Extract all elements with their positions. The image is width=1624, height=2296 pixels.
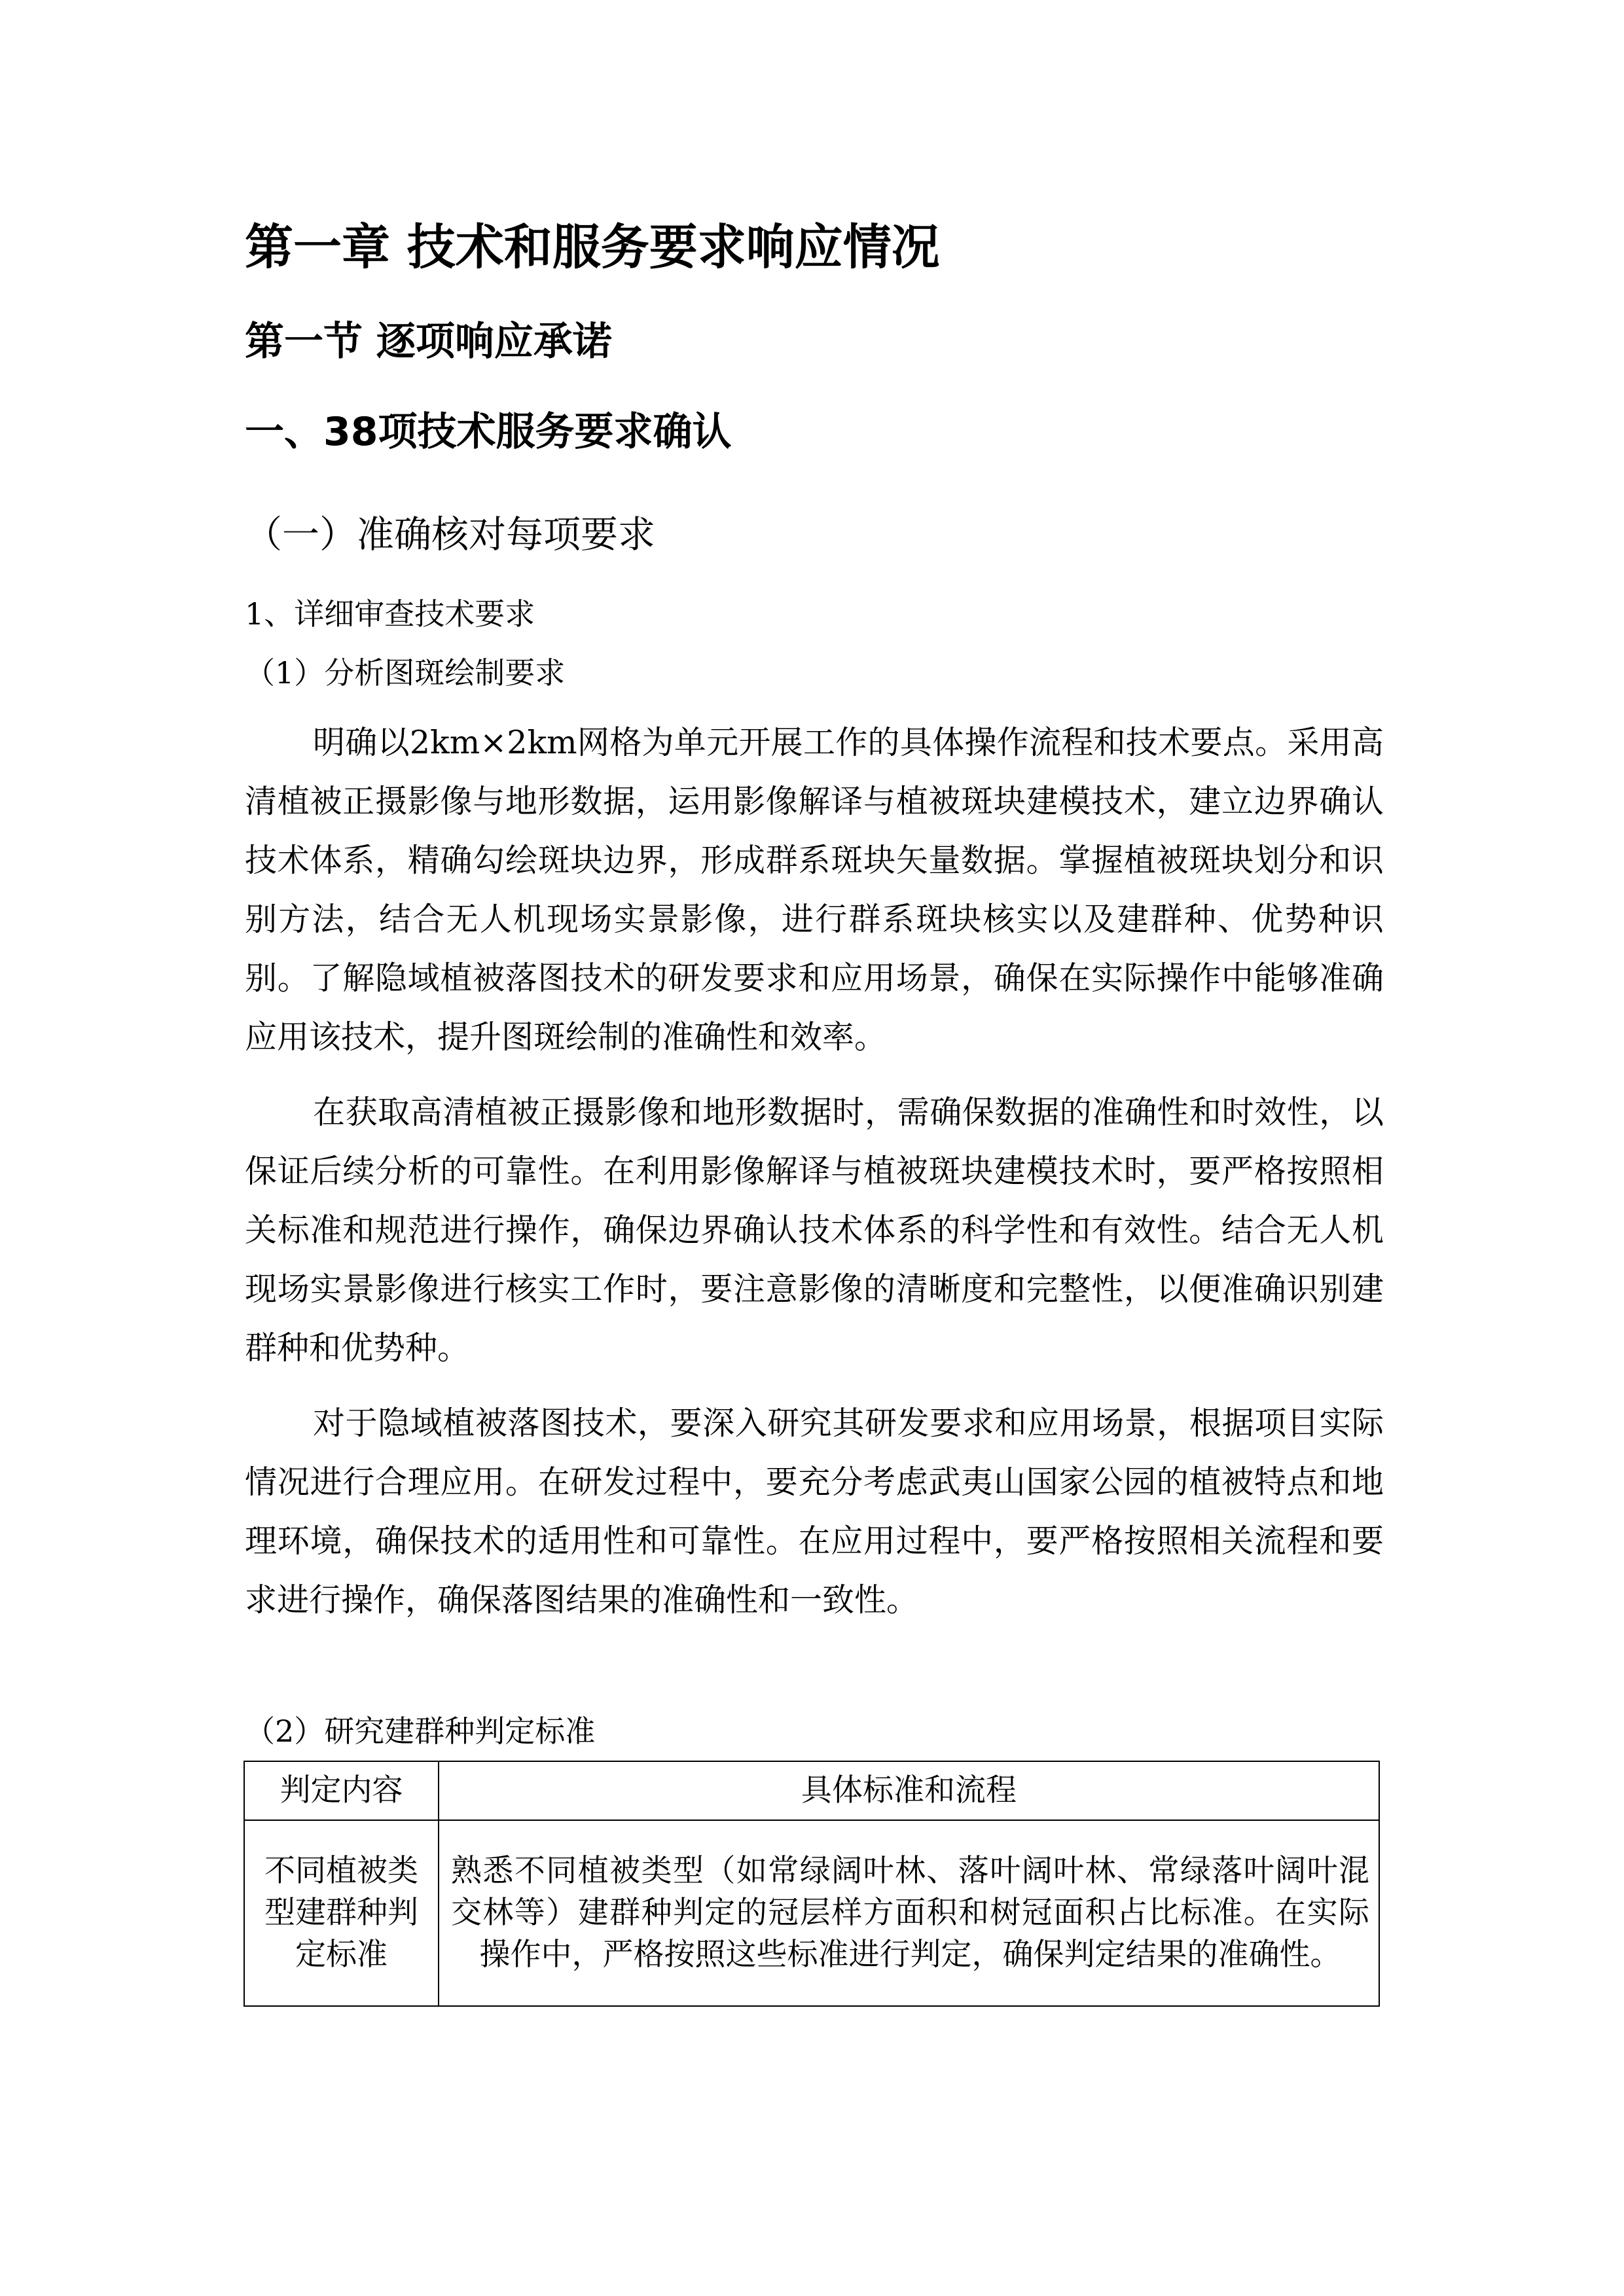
cell-standard-text: 熟悉不同植被类型（如常绿阔叶林、落叶阔叶林、常绿落叶阔叶混交林等）建群种判定的冠…	[451, 1850, 1369, 1976]
body-paragraph: 在获取高清植被正摄影像和地形数据时，需确保数据的准确性和时效性，以保证后续分析的…	[245, 1083, 1384, 1378]
subsubsection-title: （一）准确核对每项要求	[245, 511, 655, 559]
table-header-row: 判定内容 具体标准和流程	[244, 1761, 1379, 1820]
body-paragraph: 对于隐域植被落图技术，要深入研究其研发要求和应用场景，根据项目实际情况进行合理应…	[245, 1394, 1384, 1630]
subitem-title-1: （1）分析图斑绘制要求	[245, 653, 565, 692]
document-page: 第一章 技术和服务要求响应情况 第一节 逐项响应承诺 一、38项技术服务要求确认…	[0, 0, 1624, 2296]
chapter-title: 第一章 技术和服务要求响应情况	[245, 216, 940, 279]
cell-content-text: 不同植被类型建群种判定标准	[259, 1850, 424, 1976]
body-paragraph: 明确以2km×2km网格为单元开展工作的具体操作流程和技术要点。采用高清植被正摄…	[245, 713, 1384, 1067]
table-row: 不同植被类型建群种判定标准 熟悉不同植被类型（如常绿阔叶林、落叶阔叶林、常绿落叶…	[244, 1820, 1379, 2006]
item-title: 1、详细审查技术要求	[245, 594, 535, 634]
criteria-table: 判定内容 具体标准和流程 不同植被类型建群种判定标准 熟悉不同植被类型（如常绿阔…	[244, 1761, 1380, 2007]
table-cell-standard: 熟悉不同植被类型（如常绿阔叶林、落叶阔叶林、常绿落叶阔叶混交林等）建群种判定的冠…	[439, 1820, 1379, 2006]
criteria-table-grid: 判定内容 具体标准和流程 不同植被类型建群种判定标准 熟悉不同植被类型（如常绿阔…	[244, 1761, 1380, 2007]
table-header-content: 判定内容	[244, 1761, 439, 1820]
subitem-title-2: （2）研究建群种判定标准	[245, 1712, 595, 1751]
table-header-standard: 具体标准和流程	[439, 1761, 1379, 1820]
table-cell-content: 不同植被类型建群种判定标准	[244, 1820, 439, 2006]
subsection-title: 一、38项技术服务要求确认	[245, 406, 732, 458]
section-title: 第一节 逐项响应承诺	[245, 315, 612, 368]
